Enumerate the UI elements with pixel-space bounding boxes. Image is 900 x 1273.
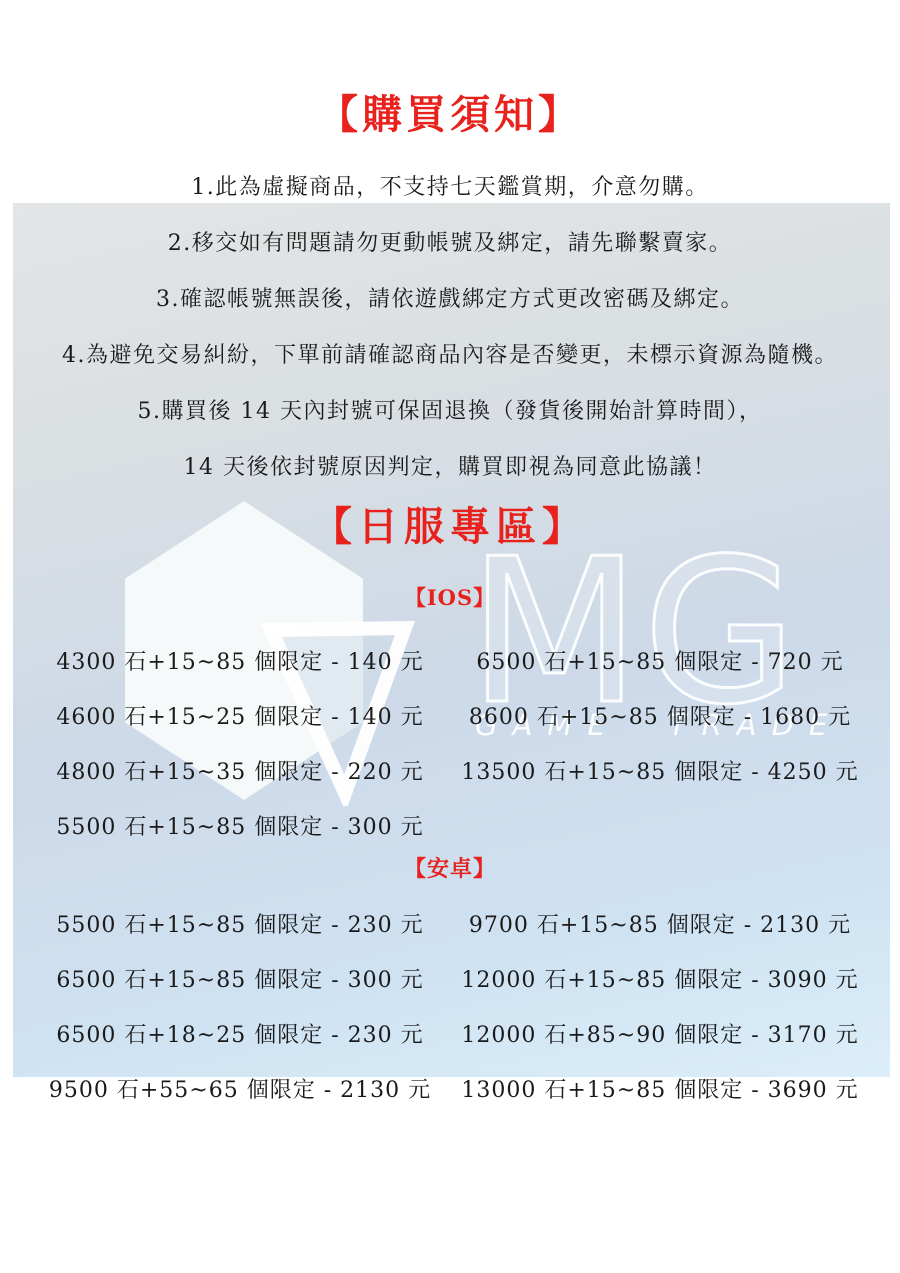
android-price-line: 9500 石+55~65 個限定 - 2130 元 <box>30 1061 450 1116</box>
android-price-line: 13000 石+15~85 個限定 - 3690 元 <box>450 1061 870 1116</box>
android-price-line: 12000 石+85~90 個限定 - 3170 元 <box>450 1006 870 1061</box>
page-title: 【購買須知】 <box>0 85 900 145</box>
notice-line-4: 4.為避免交易糾紛，下單前請確認商品內容是否變更，未標示資源為隨機。 <box>0 328 900 384</box>
android-price-line: 5500 石+15~85 個限定 - 230 元 <box>30 896 450 951</box>
notice-line-3: 3.確認帳號無誤後，請依遊戲綁定方式更改密碼及綁定。 <box>0 272 900 328</box>
notice-line-6: 14 天後依封號原因判定，購買即視為同意此協議！ <box>0 440 900 496</box>
ios-price-line: 6500 石+15~85 個限定 - 720 元 <box>450 633 870 688</box>
ios-price-line: 5500 石+15~85 個限定 - 300 元 <box>30 798 450 853</box>
ios-price-line: 13500 石+15~85 個限定 - 4250 元 <box>450 743 870 798</box>
ios-price-line: 4600 石+15~25 個限定 - 140 元 <box>30 688 450 743</box>
notice-list: 1.此為虛擬商品，不支持七天鑑賞期，介意勿購。 2.移交如有問題請勿更動帳號及綁… <box>0 160 900 496</box>
ios-price-line: 4800 石+15~35 個限定 - 220 元 <box>30 743 450 798</box>
ios-price-line-empty <box>450 798 870 853</box>
notice-line-1: 1.此為虛擬商品，不支持七天鑑賞期，介意勿購。 <box>0 160 900 216</box>
android-section-label: 【安卓】 <box>0 848 900 890</box>
jp-section-title: 【日服專區】 <box>0 498 900 556</box>
purchase-notice-poster: MG GAME TRADE 【購買須知】 1.此為虛擬商品，不支持七天鑑賞期，介… <box>0 0 900 1273</box>
ios-price-line: 4300 石+15~85 個限定 - 140 元 <box>30 633 450 688</box>
android-price-line: 6500 石+15~85 個限定 - 300 元 <box>30 951 450 1006</box>
android-price-line: 6500 石+18~25 個限定 - 230 元 <box>30 1006 450 1061</box>
android-price-line: 12000 石+15~85 個限定 - 3090 元 <box>450 951 870 1006</box>
notice-line-5: 5.購買後 14 天內封號可保固退換（發貨後開始計算時間）， <box>0 384 900 440</box>
ios-price-list: 4300 石+15~85 個限定 - 140 元 6500 石+15~85 個限… <box>30 633 870 853</box>
ios-section-label: 【IOS】 <box>0 578 900 618</box>
ios-price-line: 8600 石+15~85 個限定 - 1680 元 <box>450 688 870 743</box>
android-price-list: 5500 石+15~85 個限定 - 230 元 9700 石+15~85 個限… <box>30 896 870 1116</box>
android-price-line: 9700 石+15~85 個限定 - 2130 元 <box>450 896 870 951</box>
notice-line-2: 2.移交如有問題請勿更動帳號及綁定，請先聯繫賣家。 <box>0 216 900 272</box>
